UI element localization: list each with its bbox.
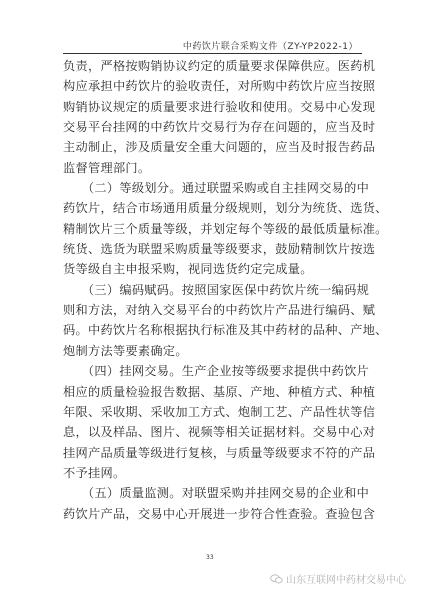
text-line: 码。中药饮片名称根据执行标准及其中药材的品种、产地、	[63, 320, 362, 340]
text-line: 交易平台挂网的中药饮片交易行为存在问题的，应当及时	[63, 117, 362, 137]
text-line: 则和方法，对纳入交易平台的中药饮片产品进行编码、赋	[63, 300, 362, 320]
text-line: 构应承担中药饮片的验收责任，对所购中药饮片应当按照	[63, 76, 362, 96]
text-line: 主动制止，涉及质量安全重大问题的，应当及时报告药品	[63, 137, 362, 157]
document-body: 负责，严格按购销协议约定的质量要求保障供应。医药机构应承担中药饮片的验收责任，对…	[63, 56, 362, 524]
text-line: 挂网产品质量等级进行复核，与质量等级要求不符的产品	[63, 443, 362, 463]
document-header: 中药饮片联合采购文件（ZY-YP2022-1）	[63, 38, 362, 54]
text-line: 统货、选货为联盟采购质量等级要求，鼓励精制饮片按选	[63, 239, 362, 259]
text-line: （四）挂网交易。生产企业按等级要求提供中药饮片	[63, 361, 362, 381]
text-line: （五）质量监测。对联盟采购并挂网交易的企业和中	[63, 483, 362, 503]
text-line: （三）编码赋码。按照国家医保中药饮片统一编码规	[63, 280, 362, 300]
text-line: 负责，严格按购销协议约定的质量要求保障供应。医药机	[63, 56, 362, 76]
header-title: 中药饮片联合采购文件（ZY-YP2022-1）	[183, 39, 358, 52]
text-line: 不予挂网。	[63, 463, 362, 483]
text-line: 药饮片产品，交易中心开展进一步符合性查验。查验包含	[63, 504, 362, 524]
text-line: 相应的质量检验报告数据、基原、产地、种植方式、种植	[63, 382, 362, 402]
text-line: 年限、采收期、采收加工方式、炮制工艺、产品性状等信	[63, 402, 362, 422]
text-line: 息，以及样品、图片、视频等相关证据材料。交易中心对	[63, 422, 362, 442]
text-line: 购销协议规定的质量要求进行验收和使用。交易中心发现	[63, 97, 362, 117]
page-number: 33	[206, 554, 214, 561]
text-line: 炮制方法等要素确定。	[63, 341, 362, 361]
text-line: 精制饮片三个质量等级，并划定每个等级的最低质量标准。	[63, 219, 362, 239]
text-line: 药饮片，结合市场通用质量分级规则，划分为统货、选货、	[63, 198, 362, 218]
text-line: 监督管理部门。	[63, 158, 362, 178]
watermark-text: 山东互联网中药材交易中心	[286, 571, 406, 586]
text-line: 货等级自主申报采购，视同选货约定完成量。	[63, 259, 362, 279]
wechat-icon	[270, 574, 283, 584]
watermark: 山东互联网中药材交易中心	[270, 571, 406, 586]
text-line: （二）等级划分。通过联盟采购或自主挂网交易的中	[63, 178, 362, 198]
